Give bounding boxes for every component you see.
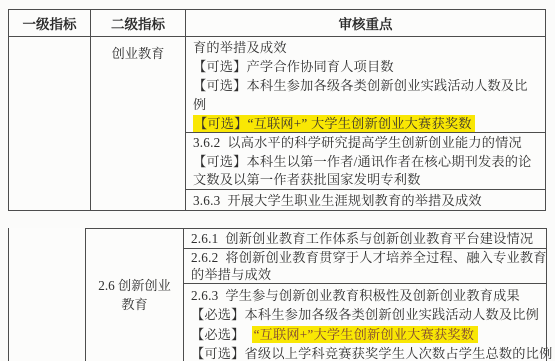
review-line: 文数及以第一作者获批国家发明专利数: [193, 171, 541, 190]
required-tag: 【必选】: [191, 327, 245, 342]
secondary-indicator-cell-lower: 2.6 创新创业教育: [86, 228, 184, 361]
review-line: 3.6.2 以高水平的科学研究提高学生创新创业能力的情况: [193, 134, 541, 153]
column-review-focus: 审核重点 育的举措及成效 【可选】产学合作协同育人项目数 【可选】本科生参加各级…: [186, 10, 545, 210]
review-line-highlighted: 【可选】“互联网+” 大学生创新创业大赛获奖数: [193, 114, 541, 133]
review-line: 【必选】本科生参加各级各类创新创业实践活动人数及比例: [191, 305, 542, 324]
scanned-document-page: 一级指标 二级指标 创业教育 审核重点 育的举措及成效 【可选】产学合作协同育人…: [0, 0, 555, 361]
review-line: 2.6.1 创新创业教育工作体系与创新创业教育平台建设情况: [191, 229, 542, 248]
column-secondary-indicator: 二级指标 创业教育: [91, 10, 186, 210]
review-line: 【可选】省级以上学科竞赛获奖学生人次数占学生总数的比例: [191, 344, 542, 361]
review-focus-block-1: 育的举措及成效 【可选】产学合作协同育人项目数 【可选】本科生参加各级各类创新创…: [186, 37, 545, 133]
indicator-table-upper: 一级指标 二级指标 创业教育 审核重点 育的举措及成效 【可选】产学合作协同育人…: [8, 9, 546, 211]
review-line: 3.6.3 开展大学生职业生涯规划教育的举措及成效: [193, 191, 541, 210]
header-review-focus: 审核重点: [186, 10, 545, 37]
review-focus-block-2: 3.6.2 以高水平的科学研究提高学生创新创业能力的情况 【可选】本科生以第一作…: [186, 133, 545, 190]
review-focus-block-3: 3.6.3 开展大学生职业生涯规划教育的举措及成效: [186, 190, 545, 210]
review-row-261: 2.6.1 创新创业教育工作体系与创新创业教育平台建设情况: [184, 229, 546, 249]
yellow-highlight-text: “互联网+”大学生创新创业大赛获奖数: [252, 326, 479, 343]
primary-indicator-cell-lower: [8, 228, 86, 361]
indicator-table-lower: 2.6 创新创业教育 2.6.1 创新创业教育工作体系与创新创业教育平台建设情况…: [8, 228, 547, 361]
header-secondary-indicator: 二级指标: [91, 10, 185, 37]
review-line: 2.6.3 学生参与创新创业教育积极性及创新创业教育成果: [191, 286, 542, 305]
review-row-262: 2.6.2 将创新创业教育贯穿于人才培养全过程、融入专业教育 的举措与成效: [184, 249, 546, 284]
review-line: 【可选】本科生以第一作者/通讯作者在核心期刊发表的论: [193, 153, 541, 172]
review-row-263: 2.6.3 学生参与创新创业教育积极性及创新创业教育成果 【必选】本科生参加各级…: [184, 284, 546, 361]
column-primary-indicator: 一级指标: [9, 10, 91, 210]
review-line: 的举措与成效: [191, 266, 542, 283]
review-line: 例: [193, 95, 541, 114]
secondary-indicator-cell: 创业教育: [91, 37, 185, 62]
yellow-highlight-text: 【可选】“互联网+” 大学生创新创业大赛获奖数: [193, 115, 475, 132]
review-line: 【可选】本科生参加各级各类创新创业实践活动人数及比: [193, 76, 541, 95]
header-primary-indicator: 一级指标: [9, 10, 90, 37]
secondary-indicator-label: 2.6 创新创业教育: [94, 276, 175, 314]
review-focus-column-lower: 2.6.1 创新创业教育工作体系与创新创业教育平台建设情况 2.6.2 将创新创…: [184, 228, 547, 361]
review-line-highlighted: 【必选】“互联网+”大学生创新创业大赛获奖数: [191, 325, 542, 344]
review-line: 【可选】产学合作协同育人项目数: [193, 57, 541, 76]
review-line: 2.6.2 将创新创业教育贯穿于人才培养全过程、融入专业教育: [191, 249, 542, 266]
review-line: 育的举措及成效: [193, 38, 541, 57]
